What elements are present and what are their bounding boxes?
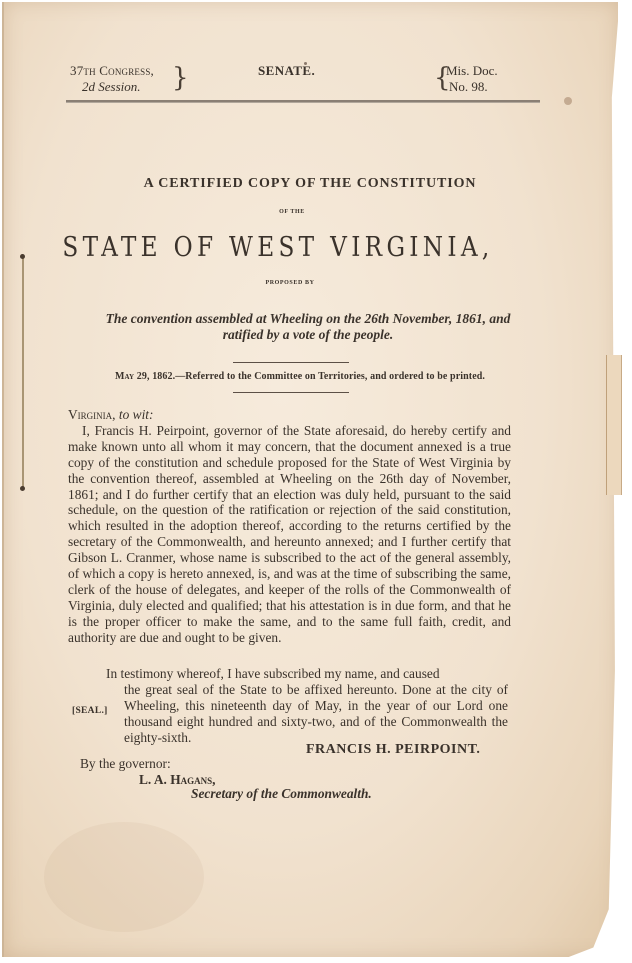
certification-body: Virginia, to wit: I, Francis H. Peirpoin…: [68, 407, 511, 646]
title-line-1: A CERTIFIED COPY OF THE CONSTITUTION: [0, 176, 626, 192]
salutation: Virginia, to wit:: [68, 407, 511, 423]
by-governor-label: By the governor:: [80, 756, 171, 772]
header-rule: [66, 100, 540, 103]
testimony-block: In testimony whereof, I have subscribed …: [108, 666, 508, 746]
salutation-place: Virginia,: [68, 407, 116, 422]
doc-number-label: No. 98.: [446, 79, 498, 95]
ink-spot: [564, 97, 572, 105]
referral-text: —Referred to the Committee on Territorie…: [175, 371, 485, 382]
right-brace-icon: }: [172, 63, 189, 93]
proposal-text: The convention assembled at Wheeling on …: [0, 311, 628, 343]
testimony-text: the great seal of the State to be affixe…: [124, 682, 508, 746]
binding-hole: [20, 486, 25, 491]
certification-paragraph: I, Francis H. Peirpoint, governor of the…: [68, 423, 511, 646]
salutation-phrase: to wit:: [119, 407, 154, 422]
proposed-by-label: PROPOSED BY: [0, 280, 606, 286]
referral-date: May 29, 1862.: [115, 371, 175, 382]
seal-mark: [SEAL.]: [72, 706, 108, 716]
main-title: STATE OF WEST VIRGINIA,: [6, 232, 550, 263]
doc-type-label: Mis. Doc.: [446, 63, 498, 79]
of-the-label: OF THE: [0, 209, 608, 215]
session-label: 2d Session.: [70, 79, 154, 95]
governor-signature: FRANCIS H. PEIRPOINT.: [306, 742, 480, 758]
paper-stain: [44, 822, 204, 932]
document-number: Mis. Doc. No. 98.: [446, 63, 498, 95]
congress-session: 37th Congress, 2d Session.: [70, 63, 154, 95]
countersigner-title: Secretary of the Commonwealth.: [191, 786, 372, 802]
divider-rule: [233, 392, 349, 393]
proposal-line-1: The convention assembled at Wheeling on …: [0, 311, 628, 327]
chamber-label: SENATE.: [258, 63, 315, 79]
testimony-line-1: In testimony whereof, I have subscribed …: [106, 666, 508, 682]
proposal-line-2: ratified by a vote of the people.: [0, 327, 628, 343]
congress-label: 37th Congress,: [70, 63, 154, 79]
document-header: 37th Congress, 2d Session. } SENATE. { M…: [70, 63, 540, 103]
referral-note: May 29, 1862.—Referred to the Committee …: [0, 371, 616, 382]
divider-rule: [233, 362, 349, 363]
